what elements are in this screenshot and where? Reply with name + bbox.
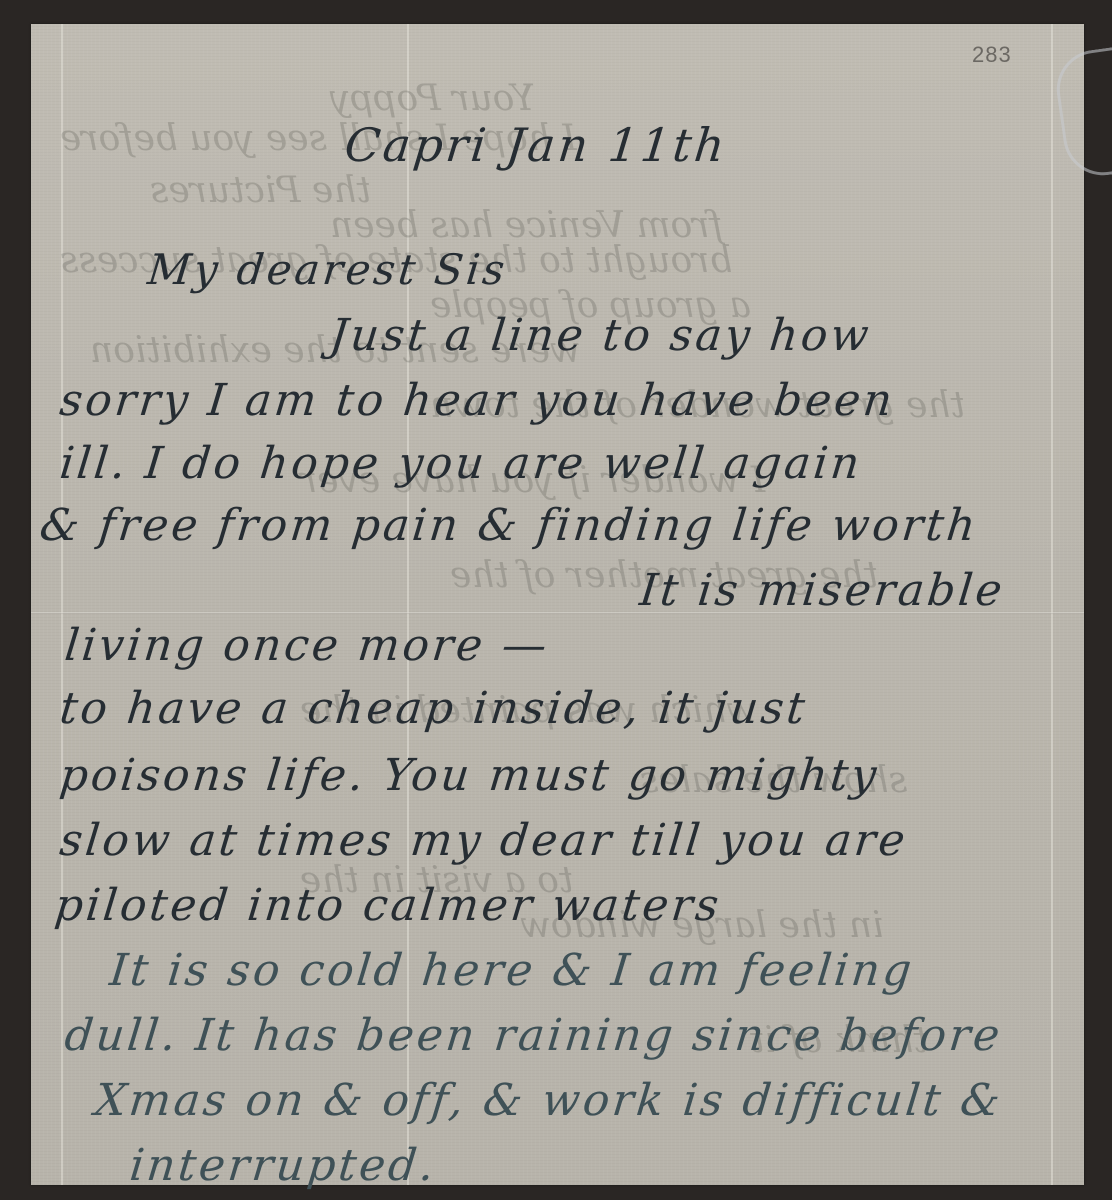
salutation: My dearest Sis <box>145 245 509 294</box>
show-through-line: Your Poppy <box>330 78 535 119</box>
letter-line: slow at times my dear till you are <box>57 815 910 866</box>
letter-line: piloted into calmer waters <box>52 880 724 931</box>
place-date-heading: Capri Jan 11th <box>342 118 730 172</box>
letter-line: ill. I do hope you are well again <box>57 438 864 489</box>
letter-line: Just a line to say how <box>327 310 874 361</box>
margin-crease-right <box>1051 24 1053 1185</box>
margin-crease-left <box>61 24 63 1185</box>
letter-line: to have a cheap inside, it just <box>57 683 810 734</box>
letter-line: dull. It has been raining since before <box>62 1010 1005 1061</box>
letter-line: Xmas on & off, & work is difficult & <box>92 1075 1005 1126</box>
letter-line: & free from pain & finding life worth <box>37 500 980 551</box>
letter-line: It is miserable <box>637 565 1007 616</box>
letter-line: poisons life. You must go mighty <box>57 750 881 801</box>
letter-line: It is so cold here & I am feeling <box>107 945 916 996</box>
folio-number: 283 <box>972 42 1012 68</box>
letter-line: interrupted. <box>127 1140 439 1191</box>
letter-line: sorry I am to hear you have been <box>57 375 897 426</box>
letter-line: living once more — <box>62 620 552 671</box>
